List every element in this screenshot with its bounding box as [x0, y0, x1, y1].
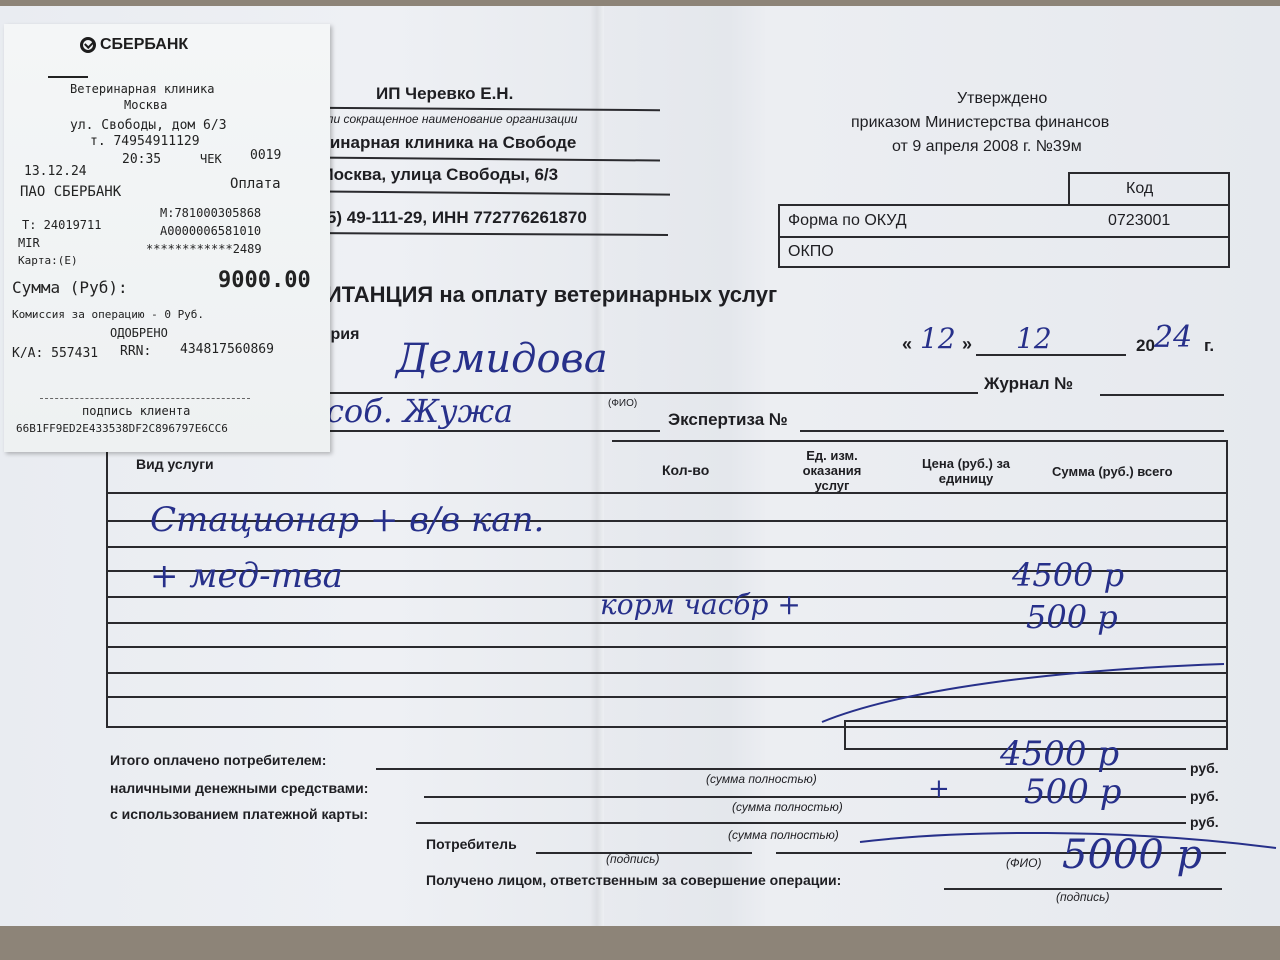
receipt-terminal: Т: 24019711 [22, 218, 101, 232]
cash-plus: + [928, 774, 950, 804]
receipt-phone: т. 74954911129 [90, 134, 200, 149]
currency-label: руб. [1190, 760, 1219, 776]
sum-caption: (сумма полностью) [732, 800, 843, 814]
receipt-date: 13.12.24 [24, 164, 87, 179]
receipt-operation: Оплата [230, 176, 281, 192]
receipt-sum-label: Сумма (Руб): [12, 278, 128, 297]
receipt-signature-label: подпись клиента [82, 404, 190, 418]
receipt-divider [48, 76, 88, 78]
sum-caption: (сумма полностью) [728, 828, 839, 842]
sberbank-logo: СБЕРБАНК [80, 36, 188, 54]
receipt-rrn: 434817560869 [180, 342, 274, 357]
receipt-check-label: ЧЕК [200, 152, 222, 166]
currency-label: руб. [1190, 814, 1219, 830]
currency-label: руб. [1190, 788, 1219, 804]
paid-handwritten: 4500 р [1000, 734, 1119, 774]
signature-caption: (подпись) [1056, 890, 1110, 904]
sber-check-icon [80, 37, 96, 53]
receipt-city: Москва [124, 98, 167, 112]
receipt-auth-code: К/А: 557431 [12, 346, 98, 361]
signature-dashed-line [40, 398, 250, 399]
fio-caption: (ФИО) [1006, 856, 1041, 870]
receipt-acquirer: ПАО СБЕРБАНК [20, 184, 121, 200]
total-handwritten: 5000 р [1062, 832, 1202, 878]
receipt-time: 20:35 [122, 152, 161, 167]
card-line [416, 822, 1186, 824]
receipt-aid: A0000006581010 [160, 224, 261, 238]
sberbank-receipt: СБЕРБАНК Ветеринарная клиника Москва ул.… [4, 24, 330, 452]
paid-label: Итого оплачено потребителем: [110, 752, 326, 768]
receipt-hash: 66B1FF9ED2E433538DF2C896797E6CC6 [16, 422, 228, 435]
receipt-rrn-label: RRN: [120, 344, 151, 359]
receipt-check-no: 0019 [250, 148, 281, 163]
card-label: с использованием платежной карты: [110, 806, 368, 822]
receipt-merchant: Ветеринарная клиника [70, 82, 215, 96]
receipt-address: ул. Свободы, дом 6/3 [70, 118, 227, 133]
receipt-sum-value: 9000.00 [218, 268, 311, 293]
receipt-card-mask: ************2489 [146, 242, 262, 256]
receipt-commission: Комиссия за операцию - 0 Руб. [12, 308, 204, 321]
sum-caption: (сумма полностью) [706, 772, 817, 786]
cash-label: наличными денежными средствами: [110, 780, 368, 796]
receipt-merchant-id: М:781000305868 [160, 206, 261, 220]
bank-name: СБЕРБАНК [100, 36, 188, 54]
receipt-card-label: Карта:(E) [18, 254, 78, 267]
consumer-label: Потребитель [426, 836, 517, 852]
received-label: Получено лицом, ответственным за соверше… [426, 872, 841, 888]
signature-caption: (подпись) [606, 852, 660, 866]
receipt-payment-system: MIR [18, 236, 40, 250]
cash-handwritten: 500 р [1024, 772, 1121, 812]
receipt-status: ОДОБРЕНО [110, 326, 168, 340]
